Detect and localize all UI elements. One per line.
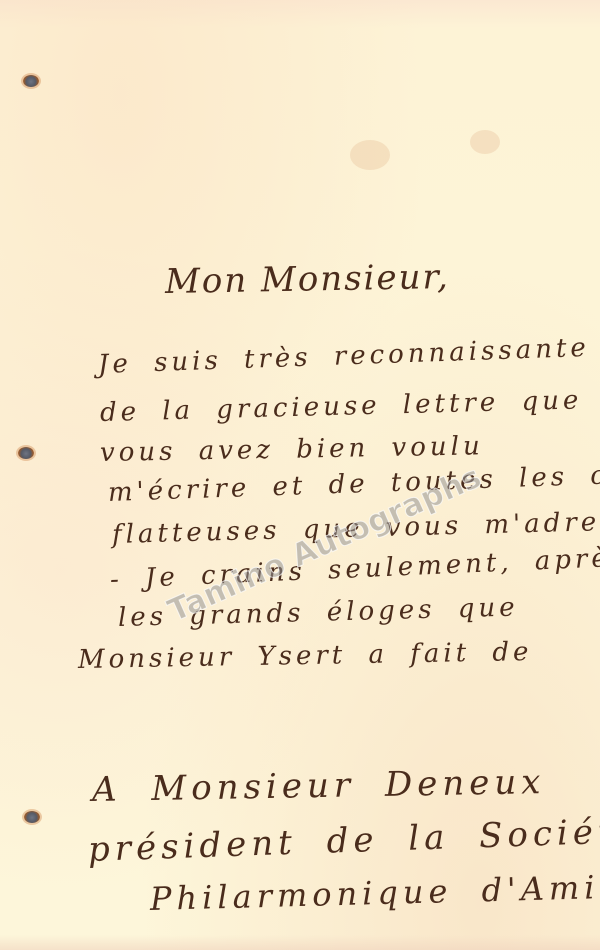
punch-hole-top — [23, 75, 39, 87]
letter-salutation: Mon Monsieur, — [165, 257, 450, 302]
punch-hole-bottom — [24, 811, 40, 823]
paper-bottom-edge — [0, 935, 600, 950]
paper-stain — [350, 140, 390, 170]
address-recipient: A Monsieur Deneux — [92, 762, 546, 810]
punch-hole-middle — [18, 447, 34, 459]
paper-stain — [470, 130, 500, 154]
